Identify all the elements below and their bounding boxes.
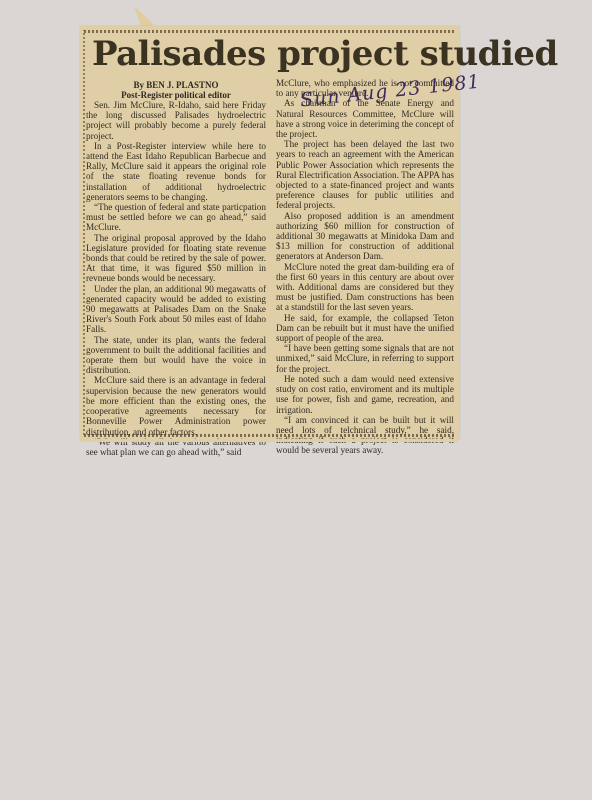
article-column-right: McClure, who emphasized he is not commit… bbox=[276, 78, 454, 456]
paragraph: The project has been delayed the last tw… bbox=[276, 139, 454, 210]
paragraph: In a Post-Register interview while here … bbox=[86, 141, 266, 202]
headline: Palisades project studied bbox=[92, 34, 452, 74]
clipping-bottom-edge bbox=[80, 439, 458, 442]
paragraph: The state, under its plan, wants the fed… bbox=[86, 335, 266, 376]
paragraph: “I have been getting some signals that a… bbox=[276, 343, 454, 374]
paragraph: Under the plan, an additional 90 megawat… bbox=[86, 284, 266, 335]
top-border-rule bbox=[84, 30, 454, 33]
folded-corner bbox=[134, 6, 154, 28]
paragraph: “I am convinced it can be built but it w… bbox=[276, 415, 454, 456]
left-border-rule bbox=[83, 30, 85, 435]
byline-title: Post-Register political editor bbox=[86, 90, 266, 100]
newspaper-clipping: Palisades project studied By BEN J. PLAS… bbox=[80, 26, 460, 439]
paragraph: “The question of federal and state parti… bbox=[86, 202, 266, 233]
article-column-left: By BEN J. PLASTNO Post-Register politica… bbox=[86, 80, 266, 457]
paragraph: He noted such a dam would need extensive… bbox=[276, 374, 454, 415]
byline-author: By BEN J. PLASTNO bbox=[86, 80, 266, 90]
paragraph: McClure said there is an advantage in fe… bbox=[86, 375, 266, 436]
paragraph: He said, for example, the collapsed Teto… bbox=[276, 313, 454, 344]
paragraph: McClure noted the great dam-building era… bbox=[276, 262, 454, 313]
paragraph: Also proposed addition is an amendment a… bbox=[276, 211, 454, 262]
paragraph: The original proposal approved by the Id… bbox=[86, 233, 266, 284]
paragraph: Sen. Jim McClure, R-Idaho, said here Fri… bbox=[86, 100, 266, 141]
